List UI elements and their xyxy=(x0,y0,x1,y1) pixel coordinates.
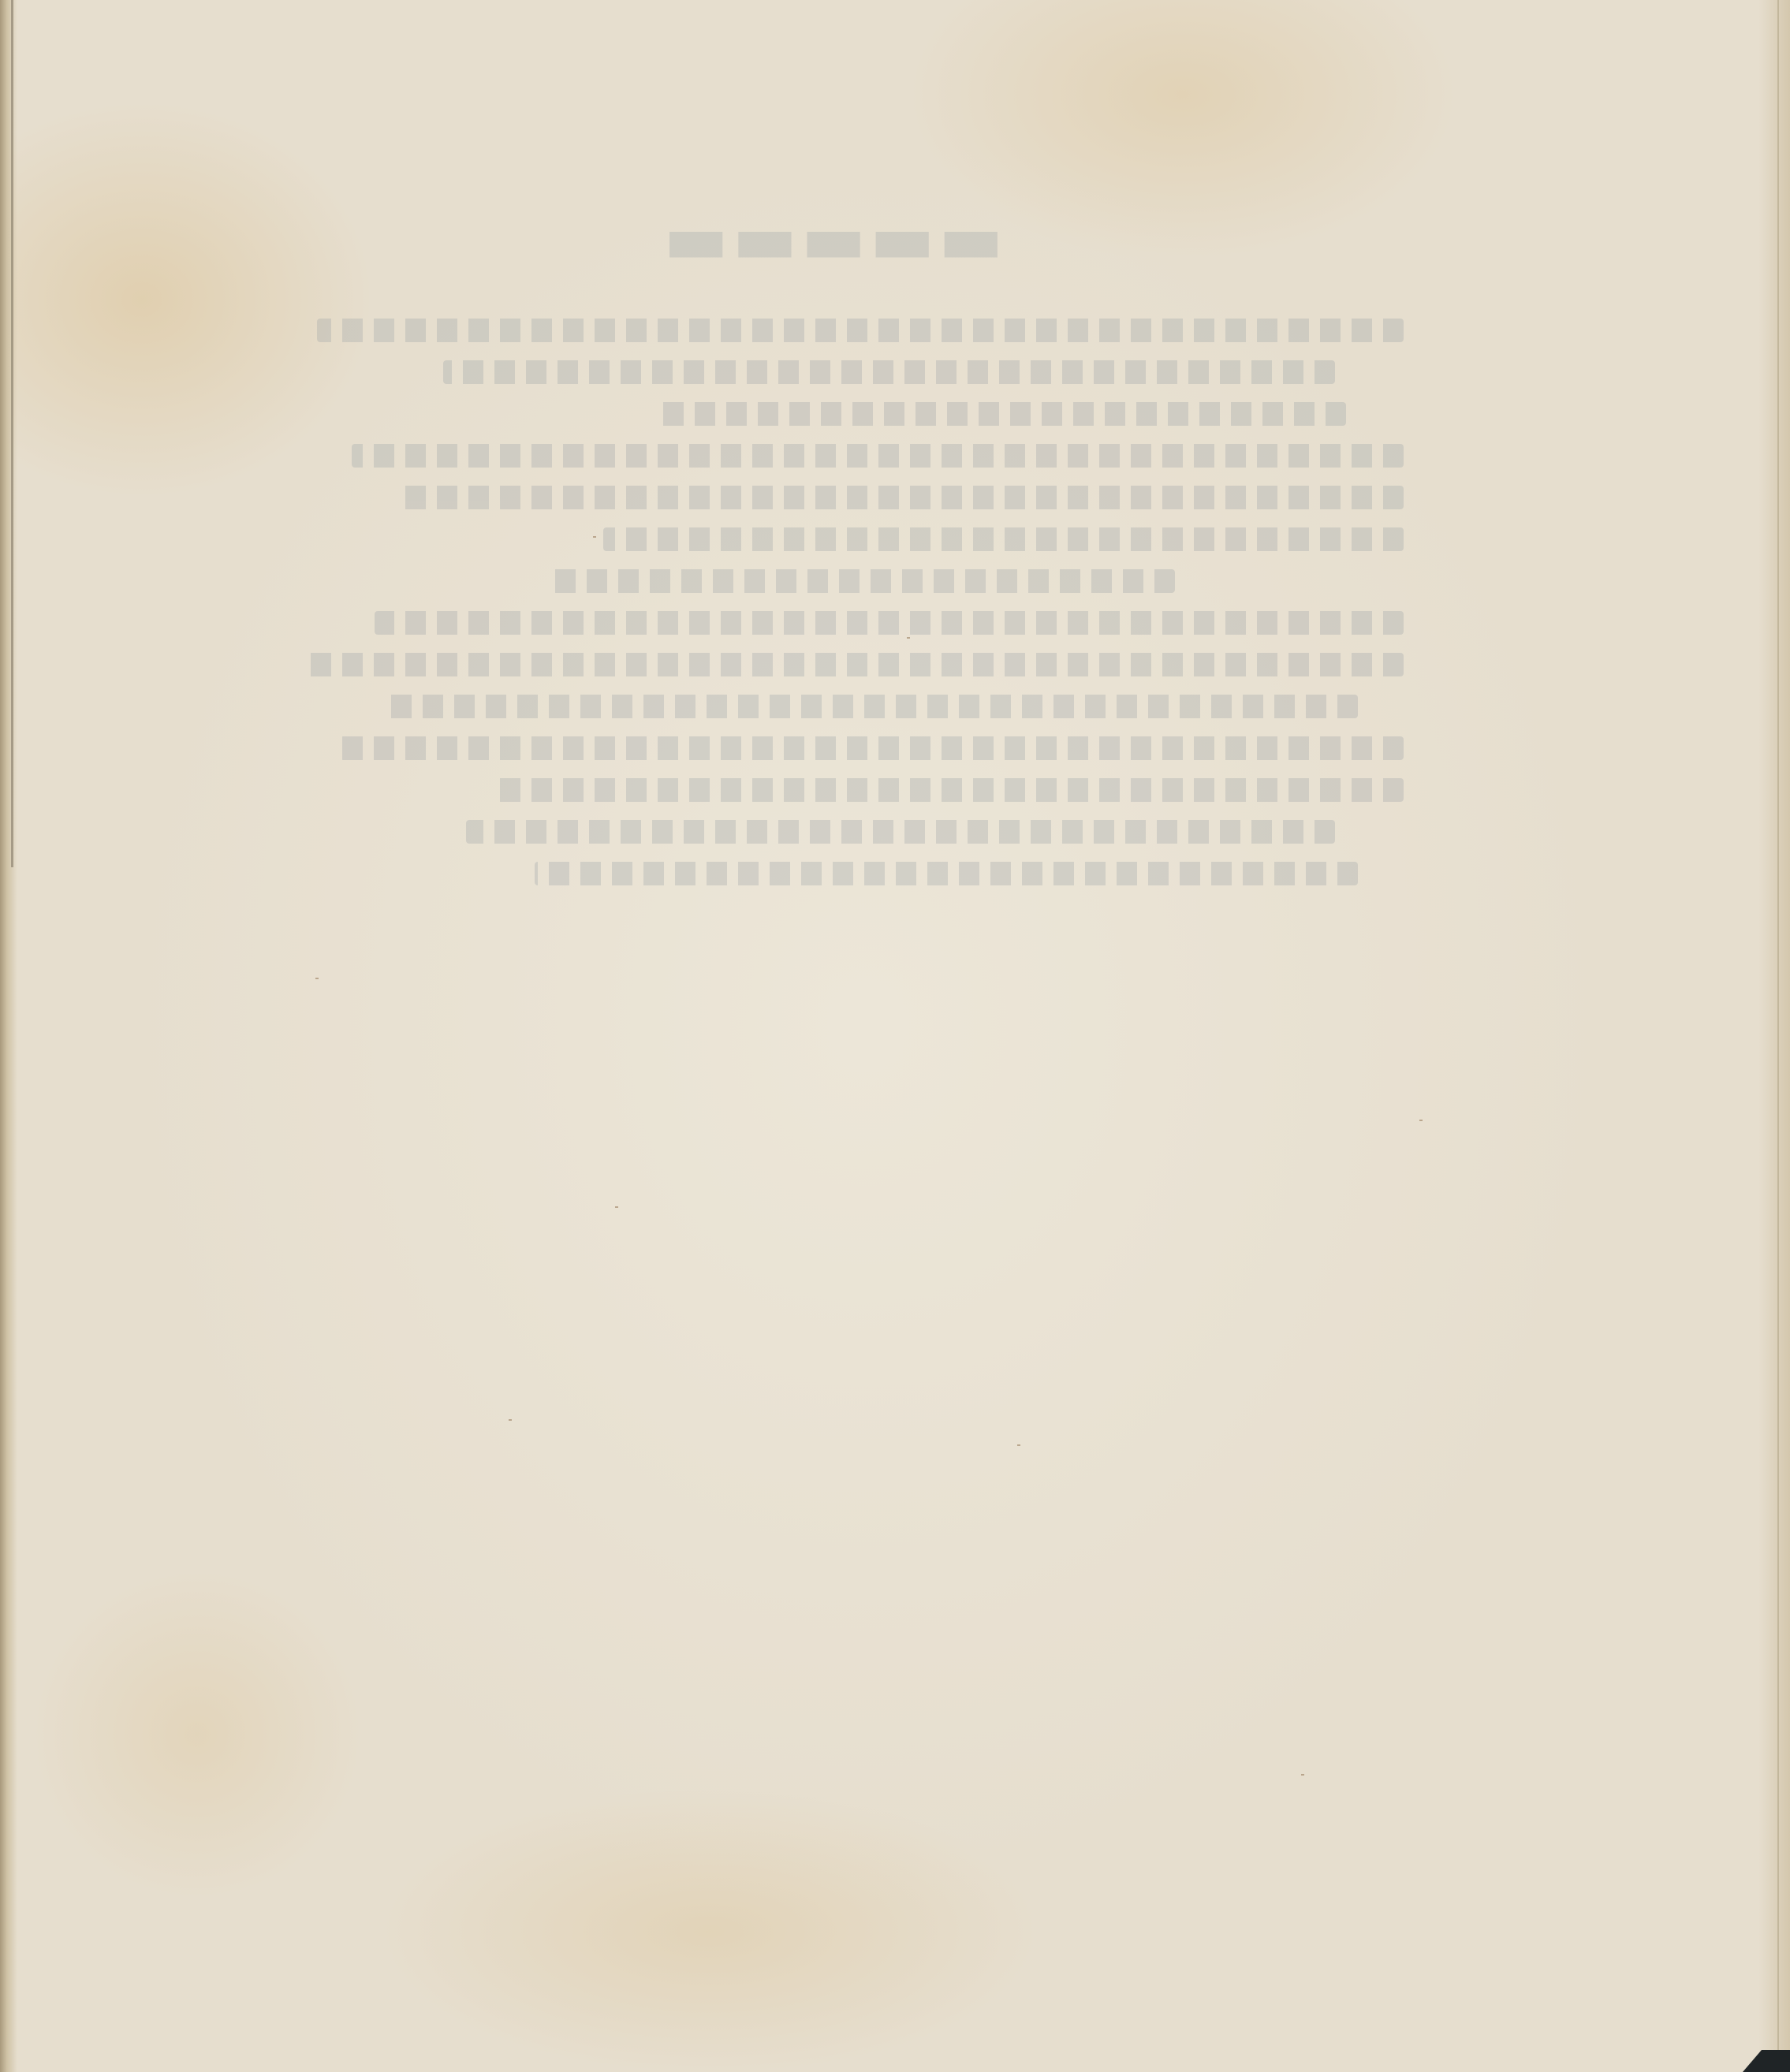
show-through-line xyxy=(535,862,1358,885)
show-through-line xyxy=(603,527,1404,551)
show-through-line xyxy=(341,736,1404,760)
mirrored-show-through: ▬▬▬▬▬ xyxy=(260,197,1404,1025)
show-through-line xyxy=(443,360,1335,384)
show-through-heading: ▬▬▬▬▬ xyxy=(260,197,1404,279)
show-through-line xyxy=(397,486,1404,509)
paper-speck xyxy=(1301,1774,1304,1776)
binding-gutter xyxy=(0,0,17,2072)
paper-speck xyxy=(1017,1444,1020,1446)
show-through-line xyxy=(466,820,1335,844)
show-through-line xyxy=(386,695,1359,718)
paper-speck xyxy=(907,637,910,639)
binding-edge-line xyxy=(11,0,13,867)
show-through-line xyxy=(661,402,1347,426)
show-through-line xyxy=(318,319,1404,342)
show-through-line xyxy=(489,778,1404,802)
paper-speck xyxy=(315,978,319,979)
paper-speck xyxy=(615,1206,618,1208)
page-edge-shadow xyxy=(1758,0,1790,2072)
show-through-line xyxy=(352,444,1404,468)
show-through-line xyxy=(306,653,1404,676)
scan-background-corner xyxy=(1743,2050,1790,2072)
document-page: ▬▬▬▬▬ xyxy=(0,0,1790,2072)
paper-speck xyxy=(509,1419,512,1421)
show-through-line xyxy=(375,611,1404,635)
page-edge-fold xyxy=(1777,0,1779,2072)
paper-speck xyxy=(593,536,596,538)
show-through-line xyxy=(546,569,1176,593)
paper-speck xyxy=(1419,1120,1423,1121)
